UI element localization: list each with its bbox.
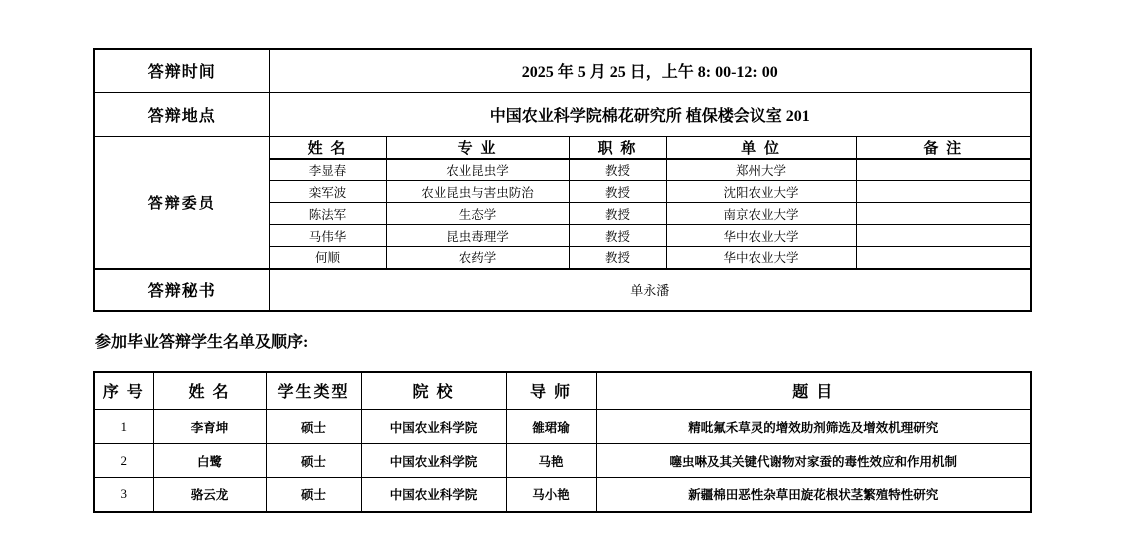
- student-no: 2: [94, 444, 153, 478]
- defense-time-value: 2025 年 5 月 25 日，上午 8: 00-12: 00: [269, 49, 1031, 92]
- student-topic: 精吡氟禾草灵的增效助剂筛选及增效机理研究: [596, 410, 1031, 444]
- students-table: 序 号 姓 名 学生类型 院 校 导 师 题 目 1 李育坤 硕士 中国农业科学…: [93, 371, 1032, 513]
- student-topic: 新疆棉田恶性杂草田旋花根状茎繁殖特性研究: [596, 478, 1031, 512]
- student-row: 1 李育坤 硕士 中国农业科学院 雒珺瑜 精吡氟禾草灵的增效助剂筛选及增效机理研…: [94, 410, 1031, 444]
- committee-header-note: 备 注: [856, 136, 1031, 159]
- committee-member-note: [856, 247, 1031, 269]
- committee-member-name: 马伟华: [269, 225, 386, 247]
- committee-member-note: [856, 225, 1031, 247]
- table-row: 答辩秘书 单永潘: [94, 269, 1031, 311]
- committee-member-name: 栾军波: [269, 181, 386, 203]
- student-name: 白鹭: [153, 444, 266, 478]
- defense-time-label: 答辩时间: [94, 49, 269, 92]
- committee-member-major: 农业昆虫学: [386, 159, 569, 181]
- committee-header-title: 职 称: [569, 136, 666, 159]
- committee-label: 答辩委员: [94, 136, 269, 269]
- committee-member-title: 教授: [569, 159, 666, 181]
- committee-member-name: 何顺: [269, 247, 386, 269]
- student-no: 3: [94, 478, 153, 512]
- committee-member-title: 教授: [569, 203, 666, 225]
- students-header-topic: 题 目: [596, 372, 1031, 410]
- committee-member-major: 昆虫毒理学: [386, 225, 569, 247]
- student-school: 中国农业科学院: [361, 478, 506, 512]
- committee-member-affiliation: 南京农业大学: [666, 203, 856, 225]
- defense-location-label: 答辩地点: [94, 92, 269, 136]
- committee-member-title: 教授: [569, 225, 666, 247]
- student-mentor: 雒珺瑜: [506, 410, 596, 444]
- committee-member-major: 农业昆虫与害虫防治: [386, 181, 569, 203]
- committee-member-title: 教授: [569, 181, 666, 203]
- committee-header-name: 姓 名: [269, 136, 386, 159]
- students-header-school: 院 校: [361, 372, 506, 410]
- committee-member-affiliation: 郑州大学: [666, 159, 856, 181]
- committee-header-row: 答辩委员 姓 名 专 业 职 称 单 位 备 注: [94, 136, 1031, 159]
- students-header-row: 序 号 姓 名 学生类型 院 校 导 师 题 目: [94, 372, 1031, 410]
- secretary-label: 答辩秘书: [94, 269, 269, 311]
- student-row: 2 白鹭 硕士 中国农业科学院 马艳 噻虫啉及其关键代谢物对家蚕的毒性效应和作用…: [94, 444, 1031, 478]
- committee-member-title: 教授: [569, 247, 666, 269]
- committee-member-name: 陈法军: [269, 203, 386, 225]
- student-row: 3 骆云龙 硕士 中国农业科学院 马小艳 新疆棉田恶性杂草田旋花根状茎繁殖特性研…: [94, 478, 1031, 512]
- committee-header-major: 专 业: [386, 136, 569, 159]
- committee-member-note: [856, 203, 1031, 225]
- committee-member-affiliation: 华中农业大学: [666, 225, 856, 247]
- student-school: 中国农业科学院: [361, 410, 506, 444]
- students-header-type: 学生类型: [266, 372, 361, 410]
- committee-member-note: [856, 159, 1031, 181]
- student-topic: 噻虫啉及其关键代谢物对家蚕的毒性效应和作用机制: [596, 444, 1031, 478]
- student-type: 硕士: [266, 478, 361, 512]
- committee-member-affiliation: 华中农业大学: [666, 247, 856, 269]
- defense-location-value: 中国农业科学院棉花研究所 植保楼会议室 201: [269, 92, 1031, 136]
- students-header-name: 姓 名: [153, 372, 266, 410]
- committee-member-affiliation: 沈阳农业大学: [666, 181, 856, 203]
- committee-member-name: 李显春: [269, 159, 386, 181]
- student-school: 中国农业科学院: [361, 444, 506, 478]
- committee-header-affiliation: 单 位: [666, 136, 856, 159]
- student-type: 硕士: [266, 444, 361, 478]
- defense-info-table: 答辩时间 2025 年 5 月 25 日，上午 8: 00-12: 00 答辩地…: [93, 48, 1032, 312]
- student-name: 骆云龙: [153, 478, 266, 512]
- student-no: 1: [94, 410, 153, 444]
- secretary-value: 单永潘: [269, 269, 1031, 311]
- students-section-title: 参加毕业答辩学生名单及顺序:: [95, 329, 1122, 352]
- committee-member-note: [856, 181, 1031, 203]
- document-page: 答辩时间 2025 年 5 月 25 日，上午 8: 00-12: 00 答辩地…: [0, 0, 1122, 547]
- student-mentor: 马艳: [506, 444, 596, 478]
- table-row: 答辩时间 2025 年 5 月 25 日，上午 8: 00-12: 00: [94, 49, 1031, 92]
- committee-member-major: 农药学: [386, 247, 569, 269]
- table-row: 答辩地点 中国农业科学院棉花研究所 植保楼会议室 201: [94, 92, 1031, 136]
- students-header-no: 序 号: [94, 372, 153, 410]
- student-type: 硕士: [266, 410, 361, 444]
- committee-member-major: 生态学: [386, 203, 569, 225]
- students-header-mentor: 导 师: [506, 372, 596, 410]
- student-mentor: 马小艳: [506, 478, 596, 512]
- student-name: 李育坤: [153, 410, 266, 444]
